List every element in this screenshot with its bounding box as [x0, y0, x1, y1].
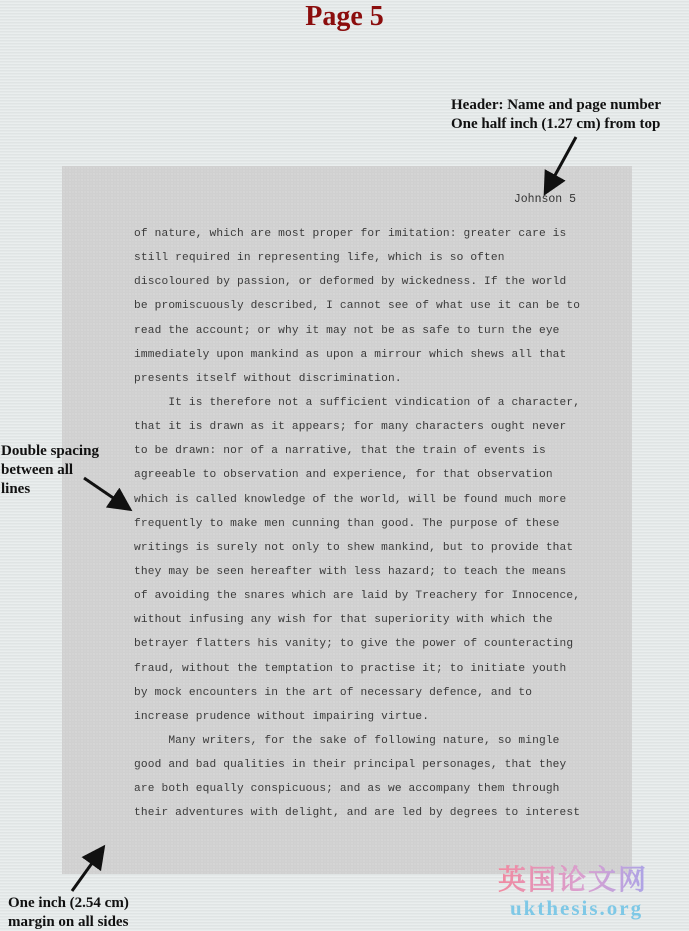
- watermark: 英国论文网 ukthesis.org: [498, 864, 688, 920]
- watermark-url: ukthesis.org: [510, 896, 688, 920]
- arrow-icon: [0, 0, 689, 931]
- watermark-chinese: 英国论文网: [498, 864, 688, 896]
